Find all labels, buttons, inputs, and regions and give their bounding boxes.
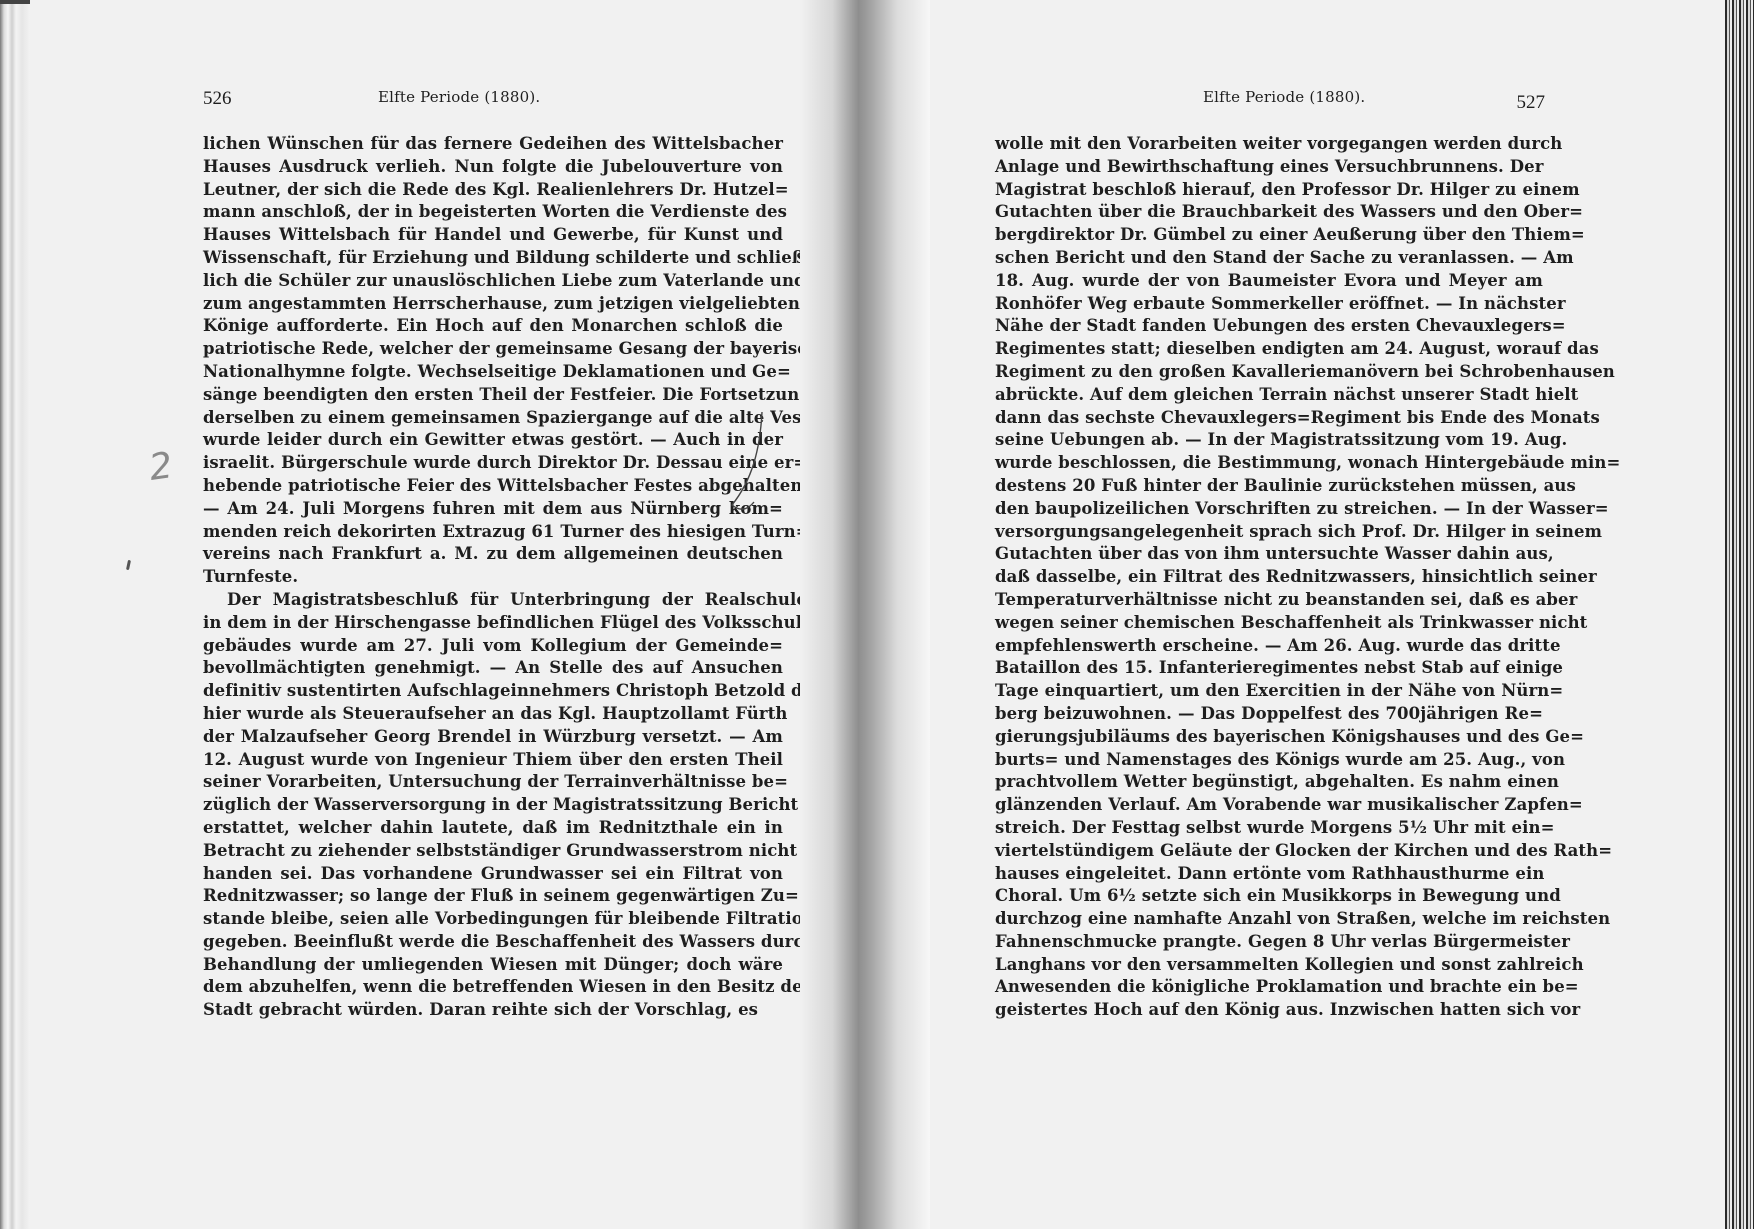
text-line: derselben zu einem gemeinsamen Spazierga… [203, 407, 783, 430]
right-page-edges [1725, 0, 1754, 1229]
text-line: erstattet, welcher dahin lautete, daß im… [203, 817, 783, 840]
text-line: Fahnenschmucke prangte. Gegen 8 Uhr verl… [995, 931, 1543, 954]
right-page-header: Elfte Periode (1880). 527 [995, 88, 1545, 112]
text-line: seiner Vorarbeiten, Untersuchung der Ter… [203, 771, 783, 794]
text-line: stande bleibe, seien alle Vorbedingungen… [203, 908, 783, 931]
text-line: daß dasselbe, ein Filtrat des Rednitzwas… [995, 566, 1543, 589]
text-line: Langhans vor den versammelten Kollegien … [995, 954, 1543, 977]
text-line: Turnfeste. [203, 566, 783, 589]
text-line: schen Bericht und den Stand der Sache zu… [995, 247, 1543, 270]
text-line: Gutachten über das von ihm untersuchte W… [995, 543, 1543, 566]
text-line: wegen seiner chemischen Beschaffenheit a… [995, 612, 1543, 635]
text-line: Behandlung der umliegenden Wiesen mit Dü… [203, 954, 783, 977]
text-line: bevollmächtigten genehmigt. — An Stelle … [203, 657, 783, 680]
text-line: Anlage und Bewirthschaftung eines Versuc… [995, 156, 1543, 179]
text-line: Ronhöfer Weg erbaute Sommerkeller eröffn… [995, 293, 1543, 316]
page-number-left: 526 [203, 88, 232, 110]
text-line: Regiment zu den großen Kavalleriemanöver… [995, 361, 1543, 384]
text-line: glänzenden Verlauf. Am Vorabende war mus… [995, 794, 1543, 817]
text-line: handen sei. Das vorhandene Grundwasser s… [203, 863, 783, 886]
text-line: züglich der Wasserversorgung in der Magi… [203, 794, 783, 817]
text-line: Betracht zu ziehender selbstständiger Gr… [203, 840, 783, 863]
text-line: hauses eingeleitet. Dann ertönte vom Rat… [995, 863, 1543, 886]
text-line: definitiv sustentirten Aufschlageinnehme… [203, 680, 783, 703]
text-line: Anwesenden die königliche Proklamation u… [995, 976, 1543, 999]
pencil-bracket-mark [724, 410, 784, 520]
text-line: Gutachten über die Brauchbarkeit des Was… [995, 201, 1543, 224]
text-line: Könige aufforderte. Ein Hoch auf den Mon… [203, 315, 783, 338]
text-line: sänge beendigten den ersten Theil der Fe… [203, 384, 783, 407]
text-line: Der Magistratsbeschluß für Unterbringung… [203, 589, 807, 612]
text-line: Tage einquartiert, um den Exercitien in … [995, 680, 1543, 703]
text-line: Wissenschaft, für Erziehung und Bildung … [203, 247, 783, 270]
book-gutter [800, 0, 930, 1229]
text-line: lich die Schüler zur unauslöschlichen Li… [203, 270, 783, 293]
text-line: versorgungsangelegenheit sprach sich Pro… [995, 521, 1543, 544]
text-line: menden reich dekorirten Extrazug 61 Turn… [203, 521, 783, 544]
text-line: Leutner, der sich die Rede des Kgl. Real… [203, 179, 783, 202]
text-line: burts= und Namenstages des Königs wurde … [995, 749, 1543, 772]
text-line: Stadt gebracht würden. Daran reihte sich… [203, 999, 783, 1022]
text-line: Regimentes statt; dieselben endigten am … [995, 338, 1543, 361]
text-line: dem abzuhelfen, wenn die betreffenden Wi… [203, 976, 783, 999]
running-head-right: Elfte Periode (1880). [1203, 88, 1365, 106]
text-line: Hauses Wittelsbach für Handel und Gewerb… [203, 224, 783, 247]
text-line: Nationalhymne folgte. Wechselseitige Dek… [203, 361, 783, 384]
text-line: 18. Aug. wurde der von Baumeister Evora … [995, 270, 1543, 293]
text-line: zum angestammten Herrscherhause, zum jet… [203, 293, 783, 316]
margin-pencil-note: 2 [147, 444, 184, 498]
text-line: destens 20 Fuß hinter der Baulinie zurüc… [995, 475, 1543, 498]
text-line: gebäudes wurde am 27. Juli vom Kollegium… [203, 635, 783, 658]
text-line: bergdirektor Dr. Gümbel zu einer Aeußeru… [995, 224, 1543, 247]
text-line: israelit. Bürgerschule wurde durch Direk… [203, 452, 783, 475]
text-line: mann anschloß, der in begeisterten Worte… [203, 201, 783, 224]
text-line: gierungsjubiläums des bayerischen Königs… [995, 726, 1543, 749]
text-line: hebende patriotische Feier des Wittelsba… [203, 475, 783, 498]
left-page-body: lichen Wünschen für das fernere Gedeihen… [203, 133, 783, 1022]
text-line: wurde leider durch ein Gewitter etwas ge… [203, 429, 783, 452]
text-line: gegeben. Beeinflußt werde die Beschaffen… [203, 931, 783, 954]
text-line: Bataillon des 15. Infanterieregimentes n… [995, 657, 1543, 680]
text-line: durchzog eine namhafte Anzahl von Straße… [995, 908, 1543, 931]
left-page-edges [0, 0, 30, 1229]
text-line: Hauses Ausdruck verlieh. Nun folgte die … [203, 156, 783, 179]
page-number-right: 527 [1517, 92, 1546, 114]
text-line: streich. Der Festtag selbst wurde Morgen… [995, 817, 1543, 840]
text-line: Temperaturverhältnisse nicht zu beanstan… [995, 589, 1543, 612]
text-line: lichen Wünschen für das fernere Gedeihen… [203, 133, 783, 156]
text-line: geistertes Hoch auf den König aus. Inzwi… [995, 999, 1543, 1022]
text-line: Choral. Um 6½ setzte sich ein Musikkorps… [995, 885, 1543, 908]
text-line: viertelstündigem Geläute der Glocken der… [995, 840, 1543, 863]
text-line: 12. August wurde von Ingenieur Thiem übe… [203, 749, 783, 772]
text-line: Magistrat beschloß hierauf, den Professo… [995, 179, 1543, 202]
text-line: wolle mit den Vorarbeiten weiter vorgega… [995, 133, 1543, 156]
text-line: abrückte. Auf dem gleichen Terrain nächs… [995, 384, 1543, 407]
text-line: vereins nach Frankfurt a. M. zu dem allg… [203, 543, 783, 566]
edge-mark [0, 0, 30, 4]
text-line: Rednitzwasser; so lange der Fluß in sein… [203, 885, 783, 908]
text-line: wurde beschlossen, die Bestimmung, wonac… [995, 452, 1543, 475]
text-line: hier wurde als Steueraufseher an das Kgl… [203, 703, 783, 726]
text-line: prachtvollem Wetter begünstigt, abgehalt… [995, 771, 1543, 794]
book-spread: 526 Elfte Periode (1880). lichen Wünsche… [0, 0, 1754, 1229]
text-line: empfehlenswerth erscheine. — Am 26. Aug.… [995, 635, 1543, 658]
left-page-header: 526 Elfte Periode (1880). [203, 88, 783, 112]
right-page-body: wolle mit den Vorarbeiten weiter vorgega… [995, 133, 1545, 1022]
text-line: patriotische Rede, welcher der gemeinsam… [203, 338, 783, 361]
text-line: seine Uebungen ab. — In der Magistratssi… [995, 429, 1543, 452]
text-line: — Am 24. Juli Morgens fuhren mit dem aus… [203, 498, 783, 521]
text-line: berg beizuwohnen. — Das Doppelfest des 7… [995, 703, 1543, 726]
text-line: dann das sechste Chevauxlegers=Regiment … [995, 407, 1543, 430]
text-line: der Malzaufseher Georg Brendel in Würzbu… [203, 726, 783, 749]
text-line: in dem in der Hirschengasse befindlichen… [203, 612, 783, 635]
stray-mark [126, 560, 131, 570]
text-line: den baupolizeilichen Vorschriften zu str… [995, 498, 1543, 521]
text-line: Nähe der Stadt fanden Uebungen des erste… [995, 315, 1543, 338]
running-head-left: Elfte Periode (1880). [378, 88, 540, 106]
